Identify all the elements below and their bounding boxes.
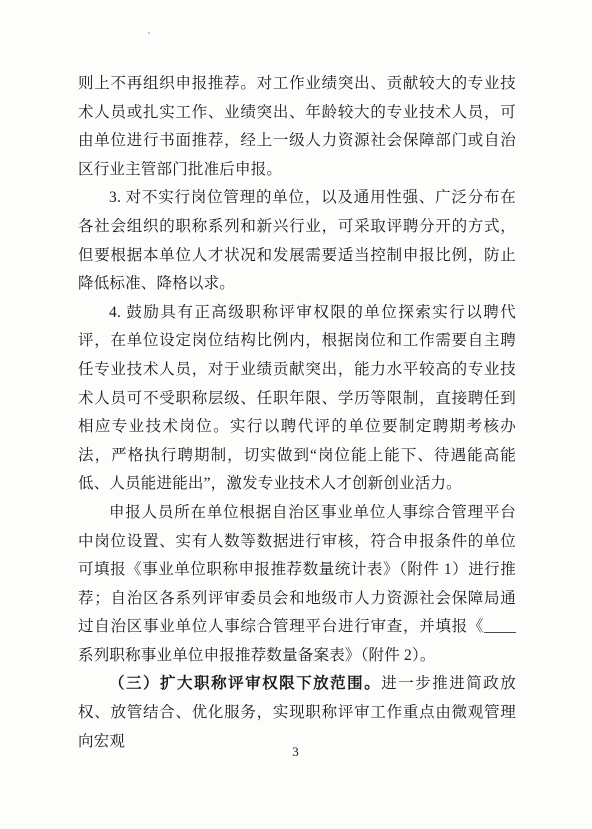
- paragraph-text: 申报人员所在单位根据自治区事业单位人事综合管理平台中岗位设置、实有人数等数据进行…: [78, 504, 516, 664]
- paragraph-text: 3. 对不实行岗位管理的单位，以及通用性强、广泛分布在各社会组织的职称系列和新兴…: [78, 189, 516, 292]
- paragraph-declaration-platform: 申报人员所在单位根据自治区事业单位人事综合管理平台中岗位设置、实有人数等数据进行…: [78, 499, 516, 671]
- paragraph-text: 4. 鼓励具有正高级职称评审权限的单位探索实行以聘代评，在单位设定岗位结构比例内…: [78, 304, 516, 493]
- document-body: 则上不再组织申报推荐。对工作业绩突出、贡献较大的专业技术人员或扎实工作、业绩突出…: [78, 70, 516, 756]
- paragraph-continuation: 则上不再组织申报推荐。对工作业绩突出、贡献较大的专业技术人员或扎实工作、业绩突出…: [78, 70, 516, 184]
- paragraph-item-3: 3. 对不实行岗位管理的单位，以及通用性强、广泛分布在各社会组织的职称系列和新兴…: [78, 184, 516, 298]
- document-page: 则上不再组织申报推荐。对工作业绩突出、贡献较大的专业技术人员或扎实工作、业绩突出…: [0, 0, 592, 829]
- paragraph-text: 则上不再组织申报推荐。对工作业绩突出、贡献较大的专业技术人员或扎实工作、业绩突出…: [78, 75, 516, 178]
- scan-speck: [148, 32, 150, 34]
- page-number: 3: [0, 744, 592, 760]
- paragraph-bold-lead: （三）扩大职称评审权限下放范围。: [109, 675, 381, 692]
- paragraph-item-4: 4. 鼓励具有正高级职称评审权限的单位探索实行以聘代评，在单位设定岗位结构比例内…: [78, 299, 516, 499]
